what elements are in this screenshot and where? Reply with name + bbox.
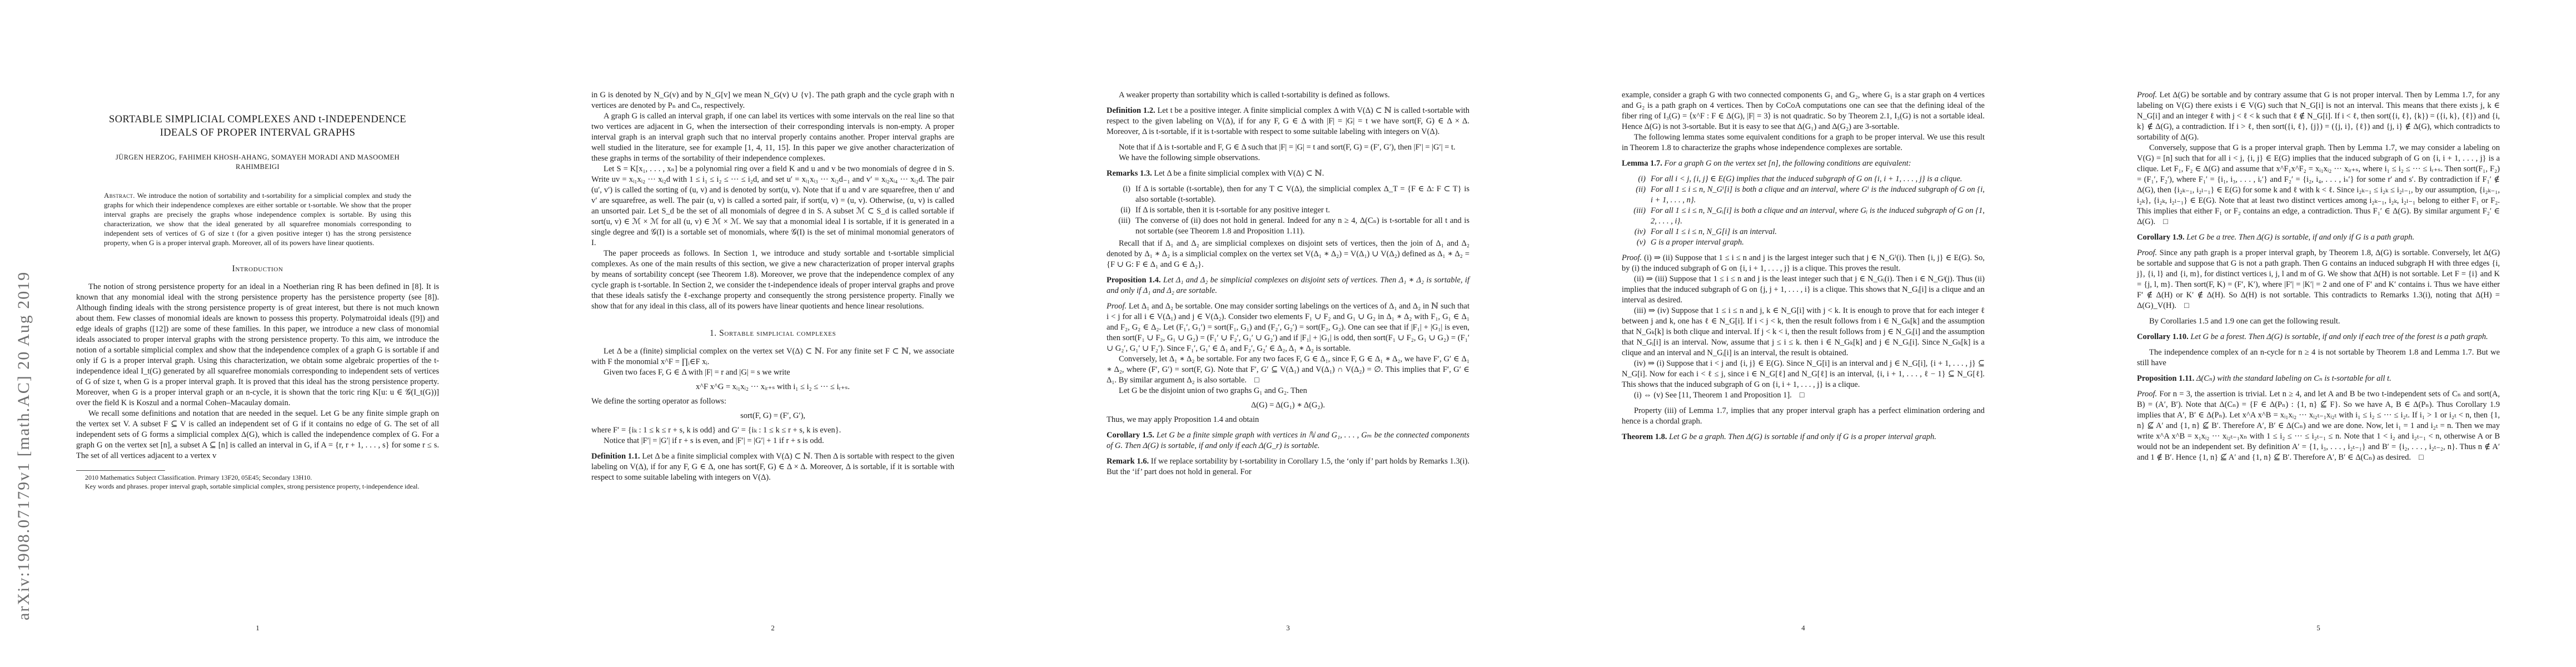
arxiv-watermark: arXiv:1908.07179v1 [math.AC] 20 Aug 2019 (14, 137, 33, 620)
proof-text: Let Δ(G) be sortable and by contrary ass… (2137, 91, 2500, 142)
item-text: The converse of (ii) does not hold in ge… (1135, 216, 1469, 237)
page-5: Proof. Let Δ(G) be sortable and by contr… (2061, 0, 2576, 667)
abstract: Abstract. We introduce the notion of sor… (104, 191, 411, 247)
paragraph: By Corollaries 1.5 and 1.9 one can get t… (2137, 316, 2500, 327)
list-item: (ii)If Δ is sortable, then it is t-sorta… (1107, 205, 1469, 216)
proof-label: Proof. (1622, 253, 1642, 262)
remarks-label: Remarks 1.3. (1107, 169, 1152, 178)
paragraph: Let S = K[x₁, . . . , xₙ] be a polynomia… (591, 164, 954, 248)
remark-label: Remark 1.6. (1107, 457, 1149, 466)
proof-text: Conversely, let Δ₁ ∗ Δ₂ be sortable. For… (1107, 355, 1469, 385)
paragraph: The following lemma states some equivale… (1622, 132, 1985, 153)
footnote-rule (76, 470, 165, 471)
section-heading-introduction: Introduction (76, 264, 439, 274)
paper-preview: { "stamp": "arXiv:1908.07179v1 [math.AC]… (0, 0, 2576, 667)
list-item: (iv)For all 1 ≤ i ≤ n, N_G[i] is an inte… (1622, 227, 1985, 237)
proof-paragraph: (ii) ⇒ (iii) Suppose that 1 ≤ i ≤ n and … (1622, 274, 1985, 306)
paper-title: SORTABLE SIMPLICIAL COMPLEXES AND t-INDE… (91, 113, 425, 140)
item-label: (iii) (1622, 206, 1651, 227)
page-3: A weaker property than sortability which… (1030, 0, 1546, 667)
footnote-msc: 2010 Mathematics Subject Classification.… (76, 474, 439, 482)
item-text: If Δ is sortable (t-sortable), then for … (1135, 184, 1469, 205)
proof-paragraph: Proof. Let Δ₁ and Δ₂ be sortable. One ma… (1107, 301, 1469, 354)
page-2: in G is denoted by N_G(v) and by N_G[v] … (515, 0, 1030, 667)
theorem-text: Let G be a graph. Then Δ(G) is sortable … (1669, 432, 1936, 441)
paragraph: We define the sorting operator as follow… (591, 396, 954, 407)
paragraph: Property (iii) of Lemma 1.7, implies tha… (1622, 406, 1985, 427)
item-text: For all 1 ≤ i ≤ n, N_Gⁱ[i] is both a cli… (1651, 185, 1985, 206)
page-number: 2 (515, 624, 1030, 633)
corollary-text: Let G be a forest. Then Δ(G) is sortable… (2190, 332, 2488, 341)
list-item: (ii)For all 1 ≤ i ≤ n, N_Gⁱ[i] is both a… (1622, 185, 1985, 206)
corollary-text: Let G be a tree. Then Δ(G) is sortable, … (2186, 233, 2414, 242)
definition-text: Let t be a positive integer. A finite si… (1107, 106, 1469, 136)
item-label: (ii) (1107, 205, 1135, 216)
remarks-list: (i)If Δ is sortable (t-sortable), then f… (1107, 184, 1469, 237)
remarks-1-3: Remarks 1.3. Let Δ be a finite simplicia… (1107, 168, 1469, 179)
qed-box: □ (2419, 453, 2424, 462)
definition-1-2: Definition 1.2. Let t be a positive inte… (1107, 106, 1469, 137)
abstract-text: We introduce the notion of sortability a… (104, 191, 411, 247)
page-number: 3 (1030, 624, 1546, 633)
list-item: (v)G is a proper interval graph. (1622, 237, 1985, 248)
lemma-list: (i)For all i < j, {i, j} ∈ E(G) implies … (1622, 174, 1985, 248)
paragraph: example, consider a graph G with two con… (1622, 90, 1985, 132)
item-text: For all 1 ≤ i ≤ n, N_Gᵢ[i] is both a cli… (1651, 206, 1985, 227)
qed-box: □ (2184, 301, 2189, 310)
proposition-1-11: Proposition 1.11. Δ(Cₙ) with the standar… (2137, 374, 2500, 384)
corollary-label: Corollary 1.10. (2137, 332, 2189, 341)
proof-paragraph: (iv) ⇒ (i) Suppose that i < j and {i, j}… (1622, 359, 1985, 390)
proposition-label: Proposition 1.4. (1107, 276, 1161, 285)
proof-text: (i) ⇒ (ii) Suppose that 1 ≤ i ≤ n and j … (1622, 253, 1985, 273)
qed-box: □ (2163, 217, 2168, 226)
proof-label: Proof. (2137, 248, 2157, 257)
paragraph: We recall some definitions and notation … (76, 409, 439, 461)
item-label: (iii) (1107, 216, 1135, 237)
display-math: x^F x^G = xᵢ₁xᵢ₂ ··· xᵢᵣ₊ₛ with i₁ ≤ i₂ … (591, 382, 954, 392)
list-item: (i)For all i < j, {i, j} ∈ E(G) implies … (1622, 174, 1985, 185)
proof-paragraph: Conversely, let Δ₁ ∗ Δ₂ be sortable. For… (1107, 354, 1469, 386)
display-math: sort(F, G) = (F′, G′), (591, 411, 954, 421)
paragraph: Note that if Δ is t-sortable and F, G ∈ … (1107, 142, 1469, 153)
definition-text: Let Δ be a finite simplicial complex wit… (591, 452, 954, 482)
proof-text: For n = 3, the assertion is trivial. Let… (2137, 390, 2500, 462)
page-number: 4 (1546, 624, 2061, 633)
paragraph: We have the following simple observation… (1107, 153, 1469, 163)
item-text: For all i < j, {i, j} ∈ E(G) implies tha… (1651, 174, 1985, 185)
corollary-1-5: Corollary 1.5. Let G be a finite simple … (1107, 430, 1469, 451)
item-label: (i) (1622, 174, 1651, 185)
definition-label: Definition 1.2. (1107, 106, 1155, 115)
definition-1-1: Definition 1.1. Let Δ be a finite simpli… (591, 451, 954, 483)
qed-box: □ (1254, 376, 1259, 385)
paragraph: A weaker property than sortability which… (1107, 90, 1469, 101)
list-item: (iii)For all 1 ≤ i ≤ n, N_Gᵢ[i] is both … (1622, 206, 1985, 227)
proof-text: (i) ⇔ (v) See [11, Theorem 1 and Proposi… (1634, 391, 1792, 400)
paragraph: A graph G is called an interval graph, i… (591, 111, 954, 164)
theorem-label: Theorem 1.8. (1622, 432, 1667, 441)
item-label: (i) (1107, 184, 1135, 205)
proposition-text: Δ(Cₙ) with the standard labeling on Cₙ i… (2196, 374, 2391, 383)
proposition-label: Proposition 1.11. (2137, 374, 2194, 383)
item-text: If Δ is sortable, then it is t-sortable … (1135, 205, 1469, 216)
paragraph: Let G be the disjoint union of two graph… (1107, 386, 1469, 396)
corollary-label: Corollary 1.9. (2137, 233, 2185, 242)
proof-paragraph: Proof. (i) ⇒ (ii) Suppose that 1 ≤ i ≤ n… (1622, 253, 1985, 274)
proof-label: Proof. (2137, 91, 2157, 99)
paragraph: Recall that if Δ₁ and Δ₂ are simplicial … (1107, 238, 1469, 270)
proof-paragraph: Proof. Let Δ(G) be sortable and by contr… (2137, 90, 2500, 143)
proposition-1-4: Proposition 1.4. Let Δ₁ and Δ₂ be simpli… (1107, 275, 1469, 296)
item-text: For all 1 ≤ i ≤ n, N_G[i] is an interval… (1651, 227, 1985, 237)
paragraph: in G is denoted by N_G(v) and by N_G[v] … (591, 90, 954, 111)
page-number: 1 (0, 624, 515, 633)
proof-text: Since any path graph is a proper interva… (2137, 248, 2500, 310)
proof-paragraph: Conversely, suppose that G is a proper i… (2137, 143, 2500, 227)
corollary-text: Let G be a finite simple graph with vert… (1107, 431, 1469, 450)
list-item: (i)If Δ is sortable (t-sortable), then f… (1107, 184, 1469, 205)
proof-text: Let Δ₁ and Δ₂ be sortable. One may consi… (1107, 302, 1469, 353)
proposition-text: Let Δ₁ and Δ₂ be simplicial complexes on… (1107, 276, 1469, 295)
lemma-text: For a graph G on the vertex set [n], the… (1665, 159, 1911, 168)
paragraph: where F′ = {iₖ : 1 ≤ k ≤ r + s, k is odd… (591, 425, 954, 436)
qed-box: □ (1800, 391, 1805, 400)
proof-paragraph: (iii) ⇒ (iv) Suppose that 1 ≤ i ≤ n and … (1622, 306, 1985, 359)
proof-paragraph: (i) ⇔ (v) See [11, Theorem 1 and Proposi… (1622, 390, 1985, 401)
corollary-1-9: Corollary 1.9. Let G be a tree. Then Δ(G… (2137, 232, 2500, 243)
section-heading-1: 1. Sortable simplicial complexes (591, 328, 954, 339)
definition-label: Definition 1.1. (591, 452, 640, 461)
remark-1-6: Remark 1.6. If we replace sortability by… (1107, 456, 1469, 477)
page-number: 5 (2061, 624, 2576, 633)
corollary-1-10: Corollary 1.10. Let G be a forest. Then … (2137, 332, 2500, 342)
paragraph: The paper proceeds as follows. In Sectio… (591, 248, 954, 312)
paragraph: The independence complex of an n-cycle f… (2137, 347, 2500, 369)
footnote-keywords: Key words and phrases. proper interval g… (76, 482, 439, 491)
proof-paragraph: Proof. Since any path graph is a proper … (2137, 248, 2500, 311)
remark-text: If we replace sortability by t-sortabili… (1107, 457, 1469, 476)
display-math: Δ(G) = Δ(G₁) ∗ Δ(G₂). (1107, 401, 1469, 410)
item-label: (v) (1622, 237, 1651, 248)
corollary-label: Corollary 1.5. (1107, 431, 1154, 440)
paragraph: The notion of strong persistence propert… (76, 282, 439, 409)
page-1: arXiv:1908.07179v1 [math.AC] 20 Aug 2019… (0, 0, 515, 667)
proof-paragraph: Proof. For n = 3, the assertion is trivi… (2137, 389, 2500, 463)
theorem-1-8: Theorem 1.8. Let G be a graph. Then Δ(G)… (1622, 432, 1985, 442)
item-text: G is a proper interval graph. (1651, 237, 1985, 248)
paragraph: Thus, we may apply Proposition 1.4 and o… (1107, 415, 1469, 425)
remarks-intro: Let Δ be a finite simplicial complex wit… (1154, 169, 1324, 178)
abstract-label: Abstract. (104, 191, 135, 200)
paragraph: Let Δ be a (finite) simplicial complex o… (591, 346, 954, 367)
item-label: (ii) (1622, 185, 1651, 206)
lemma-1-7: Lemma 1.7. For a graph G on the vertex s… (1622, 158, 1985, 169)
list-item: (iii)The converse of (ii) does not hold … (1107, 216, 1469, 237)
page-4: example, consider a graph G with two con… (1546, 0, 2061, 667)
paragraph: Notice that |F′| = |G′| if r + s is even… (591, 436, 954, 446)
lemma-label: Lemma 1.7. (1622, 159, 1662, 168)
proof-text: Conversely, suppose that G is a proper i… (2137, 143, 2500, 226)
proof-label: Proof. (1107, 302, 1127, 311)
item-label: (iv) (1622, 227, 1651, 237)
proof-label: Proof. (2137, 390, 2157, 399)
authors-line: JÜRGEN HERZOG, FAHIMEH KHOSH-AHANG, SOMA… (102, 153, 413, 172)
paragraph: Given two faces F, G ∈ Δ with |F| = r an… (591, 367, 954, 378)
